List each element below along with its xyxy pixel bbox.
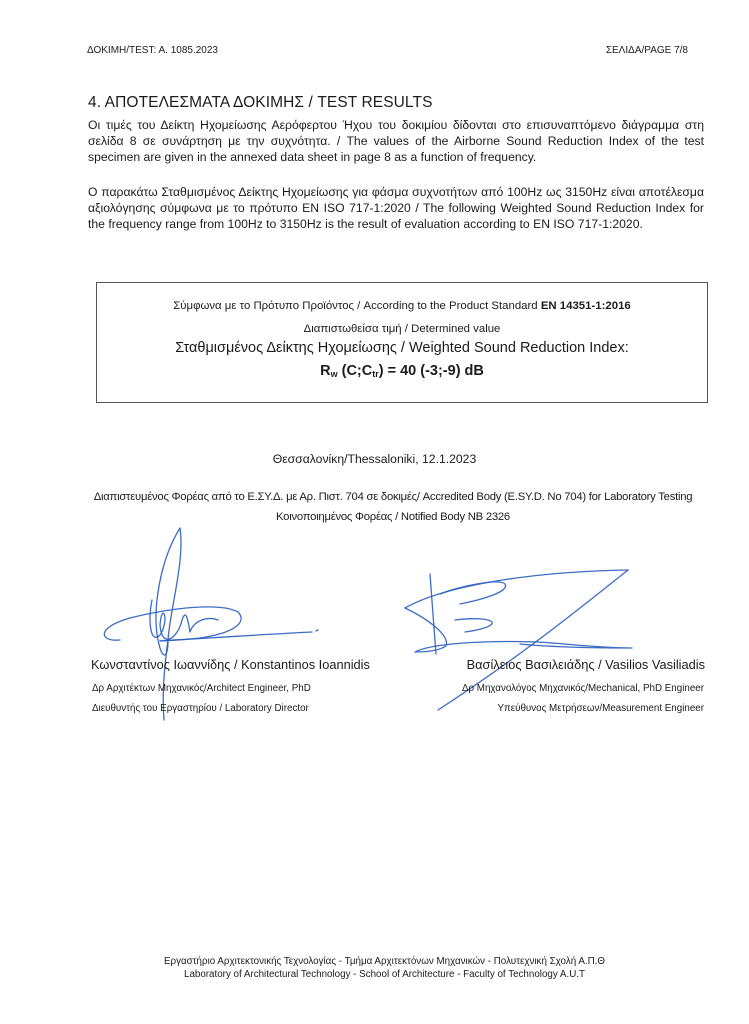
product-standard-line: Σύμφωνα με το Πρότυπο Προϊόντος / Accord…: [97, 300, 707, 312]
signatory-2-title: Δρ Μηχανολόγος Μηχανικός/Mechanical, PhD…: [462, 683, 704, 694]
results-paragraph: Οι τιμές του Δείκτη Ηχομείωσης Αερόφερτο…: [88, 117, 704, 166]
weighted-index-label: Σταθμισμένος Δείκτης Ηχομείωσης / Weight…: [97, 340, 707, 356]
formula-value: 40 (-3;-9) dB: [400, 363, 484, 379]
footer-english: Laboratory of Architectural Technology -…: [0, 969, 749, 980]
formula-close: ) =: [379, 363, 400, 379]
signatory-2-name: Βασίλειος Βασιλειάδης / Vasilios Vasilia…: [467, 657, 705, 672]
formula-open: (C;C: [338, 363, 373, 379]
notified-body-line: Κοινοποιημένος Φορέας / Notified Body NB…: [0, 511, 749, 523]
signatory-1-title: Δρ Αρχιτέκτων Μηχανικός/Architect Engine…: [92, 683, 311, 694]
signature-2-icon: [400, 560, 700, 720]
page-number-header: ΣΕΛΙΔΑ/PAGE 7/8: [606, 45, 688, 56]
footer-greek: Εργαστήριο Αρχιτεκτονικής Τεχνολογίας - …: [0, 956, 749, 967]
determined-value-label: Διαπιστωθείσα τιμή / Determined value: [97, 323, 707, 335]
section-title: 4. ΑΠΟΤΕΛΕΣΜΑΤΑ ΔΟΚΙΜΗΣ / TEST RESULTS: [88, 94, 433, 112]
weighted-index-value: Rw (C;Ctr) = 40 (-3;-9) dB: [97, 363, 707, 379]
result-box: Σύμφωνα με το Πρότυπο Προϊόντος / Accord…: [96, 282, 708, 403]
accreditation-line: Διαπιστευμένος Φορέας από το Ε.ΣΥ.Δ. με …: [0, 491, 749, 503]
signatory-1-name: Κωνσταντίνος Ιωαννίδης / Konstantinos Io…: [91, 657, 370, 672]
product-standard-prefix: Σύμφωνα με το Πρότυπο Προϊόντος / Accord…: [173, 300, 541, 312]
formula-r-sub: w: [331, 369, 338, 379]
formula-r: R: [320, 363, 330, 379]
weighted-index-paragraph: Ο παρακάτω Σταθμισμένος Δείκτης Ηχομείωσ…: [88, 184, 704, 233]
signatory-1-role: Διευθυντής του Εργαστηρίου / Laboratory …: [92, 703, 309, 714]
place-date: Θεσσαλονίκη/Thessaloniki, 12.1.2023: [0, 452, 749, 466]
test-id-header: ΔΟΚΙΜΗ/TEST: A. 1085.2023: [87, 45, 218, 56]
signatory-2-role: Υπεύθυνος Μετρήσεων/Measurement Engineer: [497, 703, 704, 714]
product-standard: EN 14351-1:2016: [541, 300, 631, 312]
